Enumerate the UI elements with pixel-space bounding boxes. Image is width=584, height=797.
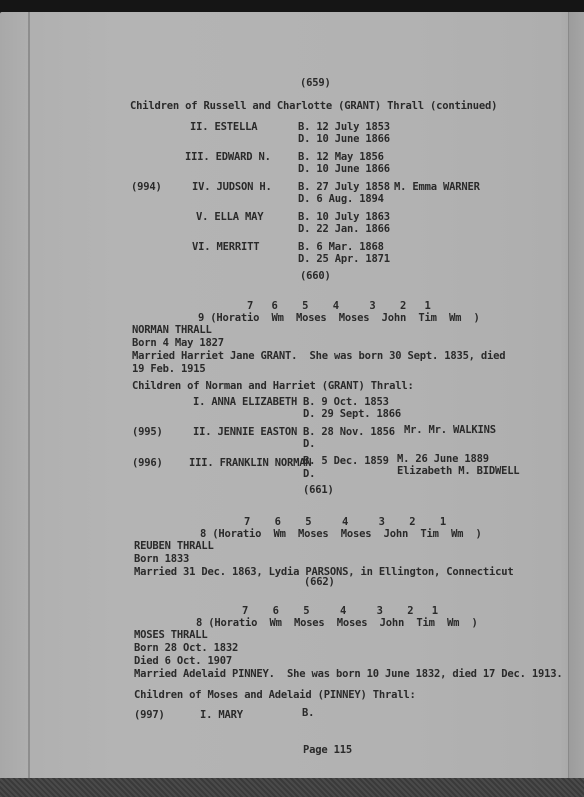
child-died: D. 10 June 1866 [298, 133, 390, 145]
entry-number: (660) [300, 270, 331, 282]
entry-number: (661) [303, 484, 334, 496]
child-died: D. 25 Apr. 1871 [298, 253, 390, 265]
person-died: Died 6 Oct. 1907 [134, 655, 232, 667]
child-ref: (994) [131, 181, 162, 193]
lineage: 9 (Horatio Wm Moses Moses John Tim Wm ) [198, 312, 480, 324]
person-married: Married Harriet Jane GRANT. She was born… [132, 350, 505, 362]
person-married-cont: 19 Feb. 1915 [132, 363, 205, 375]
child-born: B. 12 July 1853 [298, 121, 390, 133]
page-right-edge [568, 12, 584, 782]
child-died: D. 22 Jan. 1866 [298, 223, 390, 235]
lineage-generation-numbers: 7 6 5 4 3 2 1 [247, 300, 431, 312]
section-heading: Children of Norman and Harriet (GRANT) T… [132, 380, 414, 392]
child-ref: (996) [132, 457, 163, 469]
child-name: VI. MERRITT [192, 241, 259, 253]
child-marriage-date: M. 26 June 1889 [397, 453, 489, 465]
child-name: II. ESTELLA [190, 121, 257, 133]
child-name: III. FRANKLIN NORMAN [189, 457, 311, 469]
child-spouse: Mr. Mr. WALKINS [404, 424, 496, 436]
person-born: Born 1833 [134, 553, 189, 565]
child-born: B. 5 Dec. 1859 [303, 455, 389, 467]
child-spouse: M. Emma WARNER [394, 181, 480, 193]
section-heading: Children of Moses and Adelaid (PINNEY) T… [134, 689, 416, 701]
child-died: D. 6 Aug. 1894 [298, 193, 384, 205]
entry-number: (659) [300, 77, 331, 89]
child-born: B. 27 July 1858 [298, 181, 390, 193]
child-spouse: Elizabeth M. BIDWELL [397, 465, 519, 477]
child-died: D. 10 June 1866 [298, 163, 390, 175]
child-ref: (995) [132, 426, 163, 438]
child-died: D. [303, 438, 315, 450]
scan-bottom-border [0, 778, 584, 797]
entry-number: (662) [304, 576, 335, 588]
child-born: B. 9 Oct. 1853 [303, 396, 389, 408]
person-name: NORMAN THRALL [132, 324, 212, 336]
binding-gutter [28, 12, 30, 782]
child-ref: (997) [134, 709, 165, 721]
person-married: Married Adelaid PINNEY. She was born 10 … [134, 668, 563, 680]
child-name: I. ANNA ELIZABETH [193, 396, 297, 408]
lineage-generation-numbers: 7 6 5 4 3 2 1 [244, 516, 446, 528]
page-number: Page 115 [303, 744, 352, 756]
child-born: B. [302, 707, 314, 719]
child-name: I. MARY [200, 709, 243, 721]
lineage: 8 (Horatio Wm Moses Moses John Tim Wm ) [196, 617, 478, 629]
lineage-generation-numbers: 7 6 5 4 3 2 1 [242, 605, 438, 617]
child-born: B. 10 July 1863 [298, 211, 390, 223]
child-name: III. EDWARD N. [185, 151, 271, 163]
person-name: REUBEN THRALL [134, 540, 214, 552]
child-born: B. 12 May 1856 [298, 151, 384, 163]
lineage: 8 (Horatio Wm Moses Moses John Tim Wm ) [200, 528, 482, 540]
child-name: II. JENNIE EASTON [193, 426, 297, 438]
person-born: Born 28 Oct. 1832 [134, 642, 238, 654]
child-died: D. [303, 468, 315, 480]
child-name: V. ELLA MAY [196, 211, 263, 223]
person-born: Born 4 May 1827 [132, 337, 224, 349]
section-heading: Children of Russell and Charlotte (GRANT… [130, 100, 497, 112]
person-name: MOSES THRALL [134, 629, 207, 641]
child-name: IV. JUDSON H. [192, 181, 272, 193]
child-died: D. 29 Sept. 1866 [303, 408, 401, 420]
child-born: B. 6 Mar. 1868 [298, 241, 384, 253]
child-born: B. 28 Nov. 1856 [303, 426, 395, 438]
